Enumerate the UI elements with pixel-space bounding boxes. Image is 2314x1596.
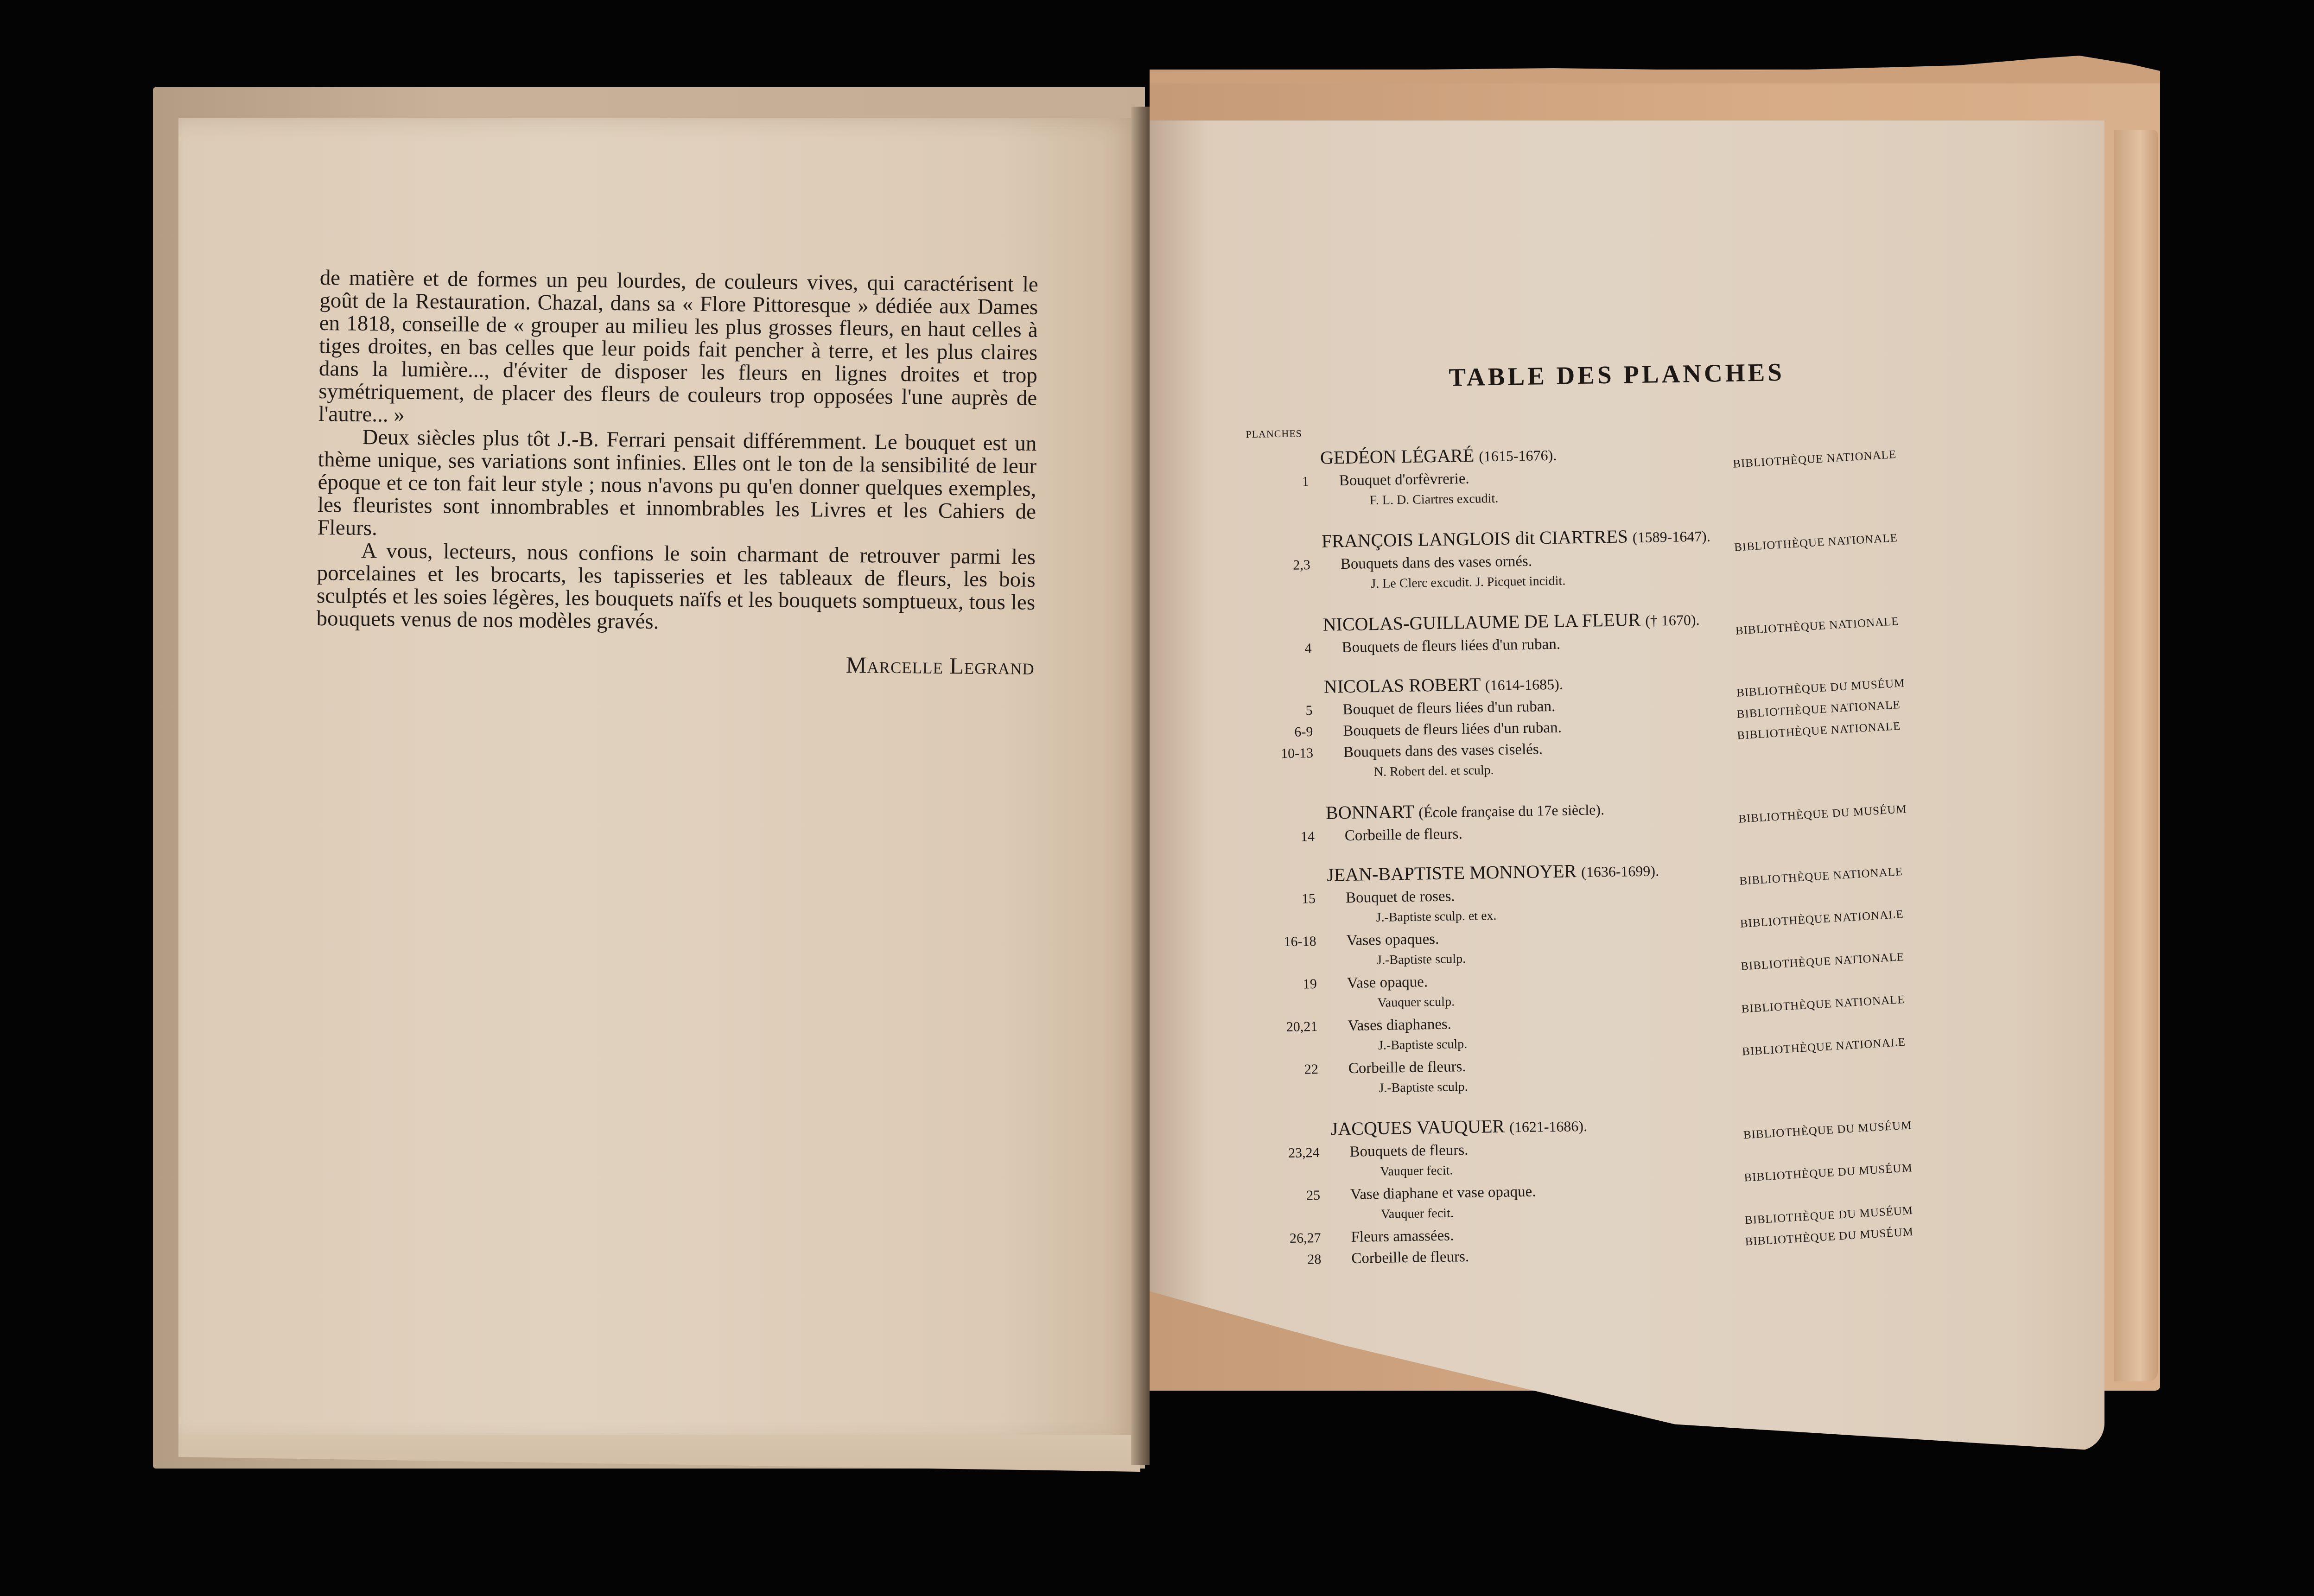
plate-title: Corbeille de fleurs. [1351, 1248, 1469, 1267]
plate-number: 14 [1231, 829, 1315, 846]
paragraph-1: de matière et de formes un peu lourdes, … [318, 267, 1038, 432]
plate-title: Bouquets dans des vases ciselés. [1343, 741, 1543, 761]
plates-list: GEDÉON LÉGARÉ (1615-1676). 1 Bouquet d'o… [1225, 435, 2026, 1287]
plate-title: Fleurs amassées. [1351, 1227, 1454, 1246]
artist-name: JACQUES VAUQUER [1331, 1116, 1505, 1139]
plate-number: 15 [1232, 891, 1316, 908]
artist-entry: JEAN-BAPTISTE MONNOYER (1636-1699). 15 B… [1232, 852, 2023, 1103]
plate-title: Bouquets de fleurs liées d'un ruban. [1343, 719, 1562, 740]
plate-title: Corbeille de fleurs. [1345, 826, 1462, 845]
left-page-text: de matière et de formes un peu lourdes, … [316, 267, 1038, 678]
paragraph-3: A vous, lecteurs, nous confions le soin … [316, 539, 1036, 637]
paragraph-2: Deux siècles plus tôt J.-B. Ferrari pens… [317, 426, 1036, 546]
artist-name: NICOLAS-GUILLAUME DE LA FLEUR [1322, 609, 1640, 635]
plate-number: 22 [1235, 1062, 1319, 1079]
artist-entry: NICOLAS ROBERT (1614-1685). 5 Bouquet de… [1229, 664, 2019, 787]
plate-title: Bouquet de roses. [1346, 888, 1455, 907]
plate-title: Bouquet de fleurs liées d'un ruban. [1342, 698, 1555, 719]
plate-number: 5 [1229, 703, 1313, 720]
plate-title: Bouquets de fleurs liées d'un ruban. [1341, 636, 1560, 656]
plate-number: 1 [1226, 474, 1310, 491]
plate-title: Vase diaphane et vase opaque. [1350, 1183, 1536, 1203]
artist-dates: († 1670). [1645, 611, 1700, 629]
plate-number: 4 [1228, 641, 1312, 658]
plate-title: Vases diaphanes. [1348, 1016, 1451, 1035]
page-edge-stack [2114, 130, 2158, 1381]
column-label-planches: PLANCHES [1246, 427, 1302, 440]
plate-title: Vases opaques. [1346, 931, 1439, 949]
plate-title: Bouquets de fleurs. [1349, 1142, 1468, 1161]
artist-entry: BONNART (École française du 17e siècle).… [1231, 790, 2019, 849]
artist-name: JEAN-BAPTISTE MONNOYER [1327, 860, 1577, 885]
artist-entry: NICOLAS-GUILLAUME DE LA FLEUR († 1670). … [1227, 602, 2016, 661]
plate-title: Corbeille de fleurs. [1348, 1058, 1466, 1077]
plate-number: 20,21 [1234, 1019, 1318, 1036]
plate-number: 26,27 [1237, 1230, 1321, 1247]
artist-name: GEDÉON LÉGARÉ [1320, 445, 1475, 468]
plate-number: 2,3 [1227, 557, 1311, 574]
artist-name: NICOLAS ROBERT [1324, 674, 1481, 697]
artist-dates: (1589-1647). [1633, 528, 1711, 546]
artist-entry: GEDÉON LÉGARÉ (1615-1676). 1 Bouquet d'o… [1225, 435, 2014, 515]
artist-entry: FRANÇOIS LANGLOIS dit CIARTRES (1589-164… [1227, 518, 2015, 598]
plate-title: Bouquet d'orfèvrerie. [1339, 471, 1469, 490]
artist-dates: (1615-1676). [1479, 447, 1557, 465]
artist-dates: (École française du 17e siècle). [1418, 801, 1604, 820]
plate-number: 25 [1237, 1188, 1321, 1205]
torn-page-edge [1150, 56, 2160, 83]
plate-number: 23,24 [1236, 1145, 1320, 1162]
plate-number: 10-13 [1230, 745, 1314, 763]
artist-dates: (1621-1686). [1509, 1118, 1588, 1136]
plate-number: 19 [1233, 976, 1317, 993]
plate-number: 16-18 [1233, 934, 1316, 951]
artist-entry: JACQUES VAUQUER (1621-1686). 23,24 Bouqu… [1235, 1106, 2026, 1272]
plate-title: Bouquets dans des vases ornés. [1340, 553, 1532, 573]
page-title: TABLE DES PLANCHES [1449, 357, 1785, 392]
artist-name: BONNART [1326, 801, 1414, 823]
plate-number: 6-9 [1229, 724, 1313, 741]
plate-number: 28 [1238, 1252, 1322, 1269]
plate-title: Vase opaque. [1347, 973, 1428, 992]
artist-name: FRANÇOIS LANGLOIS dit CIARTRES [1322, 526, 1628, 551]
artist-dates: (1614-1685). [1485, 676, 1564, 694]
artist-dates: (1636-1699). [1581, 862, 1659, 880]
book-gutter [1131, 107, 1150, 1465]
